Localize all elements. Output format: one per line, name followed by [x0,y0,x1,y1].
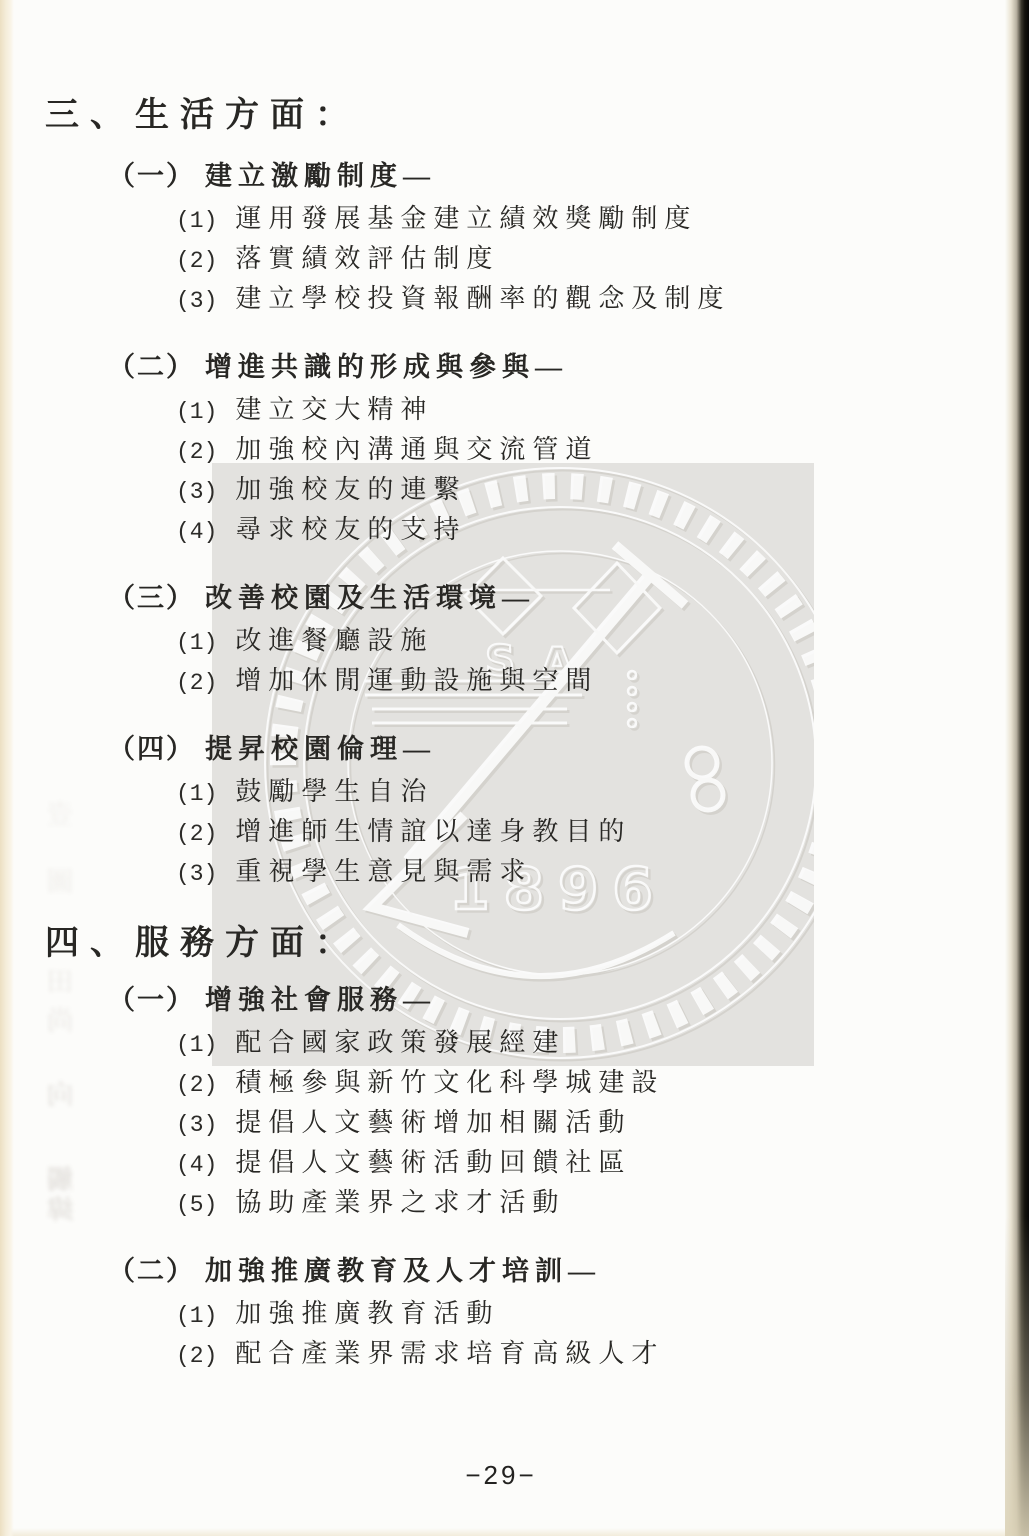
subsection-heading: （二）加強推廣教育及人才培訓— [108,1256,1002,1286]
list-item: (2)增加休閒運動設施與空間 [176,666,1002,698]
item-number: (2) [176,670,217,696]
item-number: (1) [176,208,217,234]
subsection-label: （二） [108,352,195,382]
item-text: 建立學校投資報酬率的觀念及制度 [235,284,730,313]
list-item: (3)重視學生意見與需求 [176,857,1002,889]
section-title-service: 四、服務方面： [45,925,1002,963]
subsection-heading: （三）改善校園及生活環境— [108,583,1002,613]
subsection-heading: （一）增強社會服務— [108,985,1002,1015]
item-text: 增加休閒運動設施與空間 [235,666,598,695]
item-text: 協助產業界之求才活動 [235,1188,565,1217]
item-text: 增進師生情誼以達身教目的 [235,817,631,846]
item-number: (2) [176,1343,217,1369]
list-item: (1)建立交大精神 [176,395,1002,427]
subsection-heading: （二）增進共識的形成與參與— [108,352,1002,382]
subsection-heading-text: 建立激勵制度— [205,161,436,191]
item-text: 加強校內溝通與交流管道 [235,435,598,464]
item-text: 提倡人文藝術增加相關活動 [235,1108,631,1137]
list-item: (2)落實績效評估制度 [176,244,1002,276]
item-text: 鼓勵學生自治 [235,777,433,806]
item-number: (1) [176,399,217,425]
item-number: (4) [176,1152,217,1178]
list-item: (2)配合產業界需求培育高級人才 [176,1339,1002,1371]
item-text: 加強推廣教育活動 [235,1299,499,1328]
item-number: (1) [176,781,217,807]
subsection-extension-education: （二）加強推廣教育及人才培訓— (1)加強推廣教育活動 (2)配合產業界需求培育… [108,1256,1002,1371]
subsection-heading: （一）建立激勵制度— [108,161,1002,191]
subsection-heading-text: 增強社會服務— [205,985,436,1015]
subsection-social-service: （一）增強社會服務— (1)配合國家政策發展經建 (2)積極參與新竹文化科學城建… [108,985,1002,1220]
item-number: (3) [176,1112,217,1138]
item-text: 配合產業界需求培育高級人才 [235,1339,664,1368]
item-text: 加強校友的連繫 [235,475,466,504]
page-bottom-edge [0,1528,1029,1536]
list-item: (3)加強校友的連繫 [176,475,1002,507]
item-number: (3) [176,288,217,314]
item-number: (4) [176,519,217,545]
subsection-label: （一） [108,985,195,1015]
list-item: (1)改進餐廳設施 [176,626,1002,658]
item-number: (1) [176,630,217,656]
subsection-consensus: （二）增進共識的形成與參與— (1)建立交大精神 (2)加強校內溝通與交流管道 … [108,352,1002,547]
item-number: (2) [176,248,217,274]
item-number: (5) [176,1192,217,1218]
subsection-heading-text: 改善校園及生活環境— [205,583,535,613]
item-text: 積極參與新竹文化科學城建設 [235,1068,664,1097]
subsection-label: （四） [108,734,195,764]
page-left-edge [0,0,14,1536]
subsection-campus-ethics: （四）提昇校園倫理— (1)鼓勵學生自治 (2)增進師生情誼以達身教目的 (3)… [108,734,1002,889]
item-number: (1) [176,1303,217,1329]
list-item: (1)配合國家政策發展經建 [176,1028,1002,1060]
list-item: (5)協助產業界之求才活動 [176,1188,1002,1220]
subsection-label: （三） [108,583,195,613]
list-item: (1)運用發展基金建立績效獎勵制度 [176,204,1002,236]
list-item: (1)鼓勵學生自治 [176,777,1002,809]
list-item: (3)建立學校投資報酬率的觀念及制度 [176,284,1002,316]
item-number: (2) [176,1072,217,1098]
subsection-heading-text: 加強推廣教育及人才培訓— [205,1256,601,1286]
list-item: (3)提倡人文藝術增加相關活動 [176,1108,1002,1140]
item-text: 重視學生意見與需求 [235,857,532,886]
item-text: 落實績效評估制度 [235,244,499,273]
document-page: 三、生活方面： （一）建立激勵制度— (1)運用發展基金建立績效獎勵制度 (2)… [0,0,1002,1407]
subsection-heading-text: 提昇校園倫理— [205,734,436,764]
page-number: −29− [0,1460,1002,1491]
item-text: 建立交大精神 [235,395,433,424]
item-number: (3) [176,861,217,887]
item-text: 尋求校友的支持 [235,515,466,544]
list-item: (4)提倡人文藝術活動回饋社區 [176,1148,1002,1180]
subsection-campus-environment: （三）改善校園及生活環境— (1)改進餐廳設施 (2)增加休閒運動設施與空間 [108,583,1002,698]
list-item: (2)積極參與新竹文化科學城建設 [176,1068,1002,1100]
subsection-incentive: （一）建立激勵制度— (1)運用發展基金建立績效獎勵制度 (2)落實績效評估制度… [108,161,1002,316]
list-item: (2)加強校內溝通與交流管道 [176,435,1002,467]
item-text: 運用發展基金建立績效獎勵制度 [235,204,697,233]
list-item: (1)加強推廣教育活動 [176,1299,1002,1331]
item-number: (2) [176,439,217,465]
section-title-life: 三、生活方面： [45,97,1002,135]
list-item: (4)尋求校友的支持 [176,515,1002,547]
subsection-heading: （四）提昇校園倫理— [108,734,1002,764]
subsection-heading-text: 增進共識的形成與參與— [205,352,568,382]
item-number: (2) [176,821,217,847]
page-binding-edge-fade [1005,1216,1029,1536]
list-item: (2)增進師生情誼以達身教目的 [176,817,1002,849]
item-text: 改進餐廳設施 [235,626,433,655]
item-text: 配合國家政策發展經建 [235,1028,565,1057]
subsection-label: （二） [108,1256,195,1286]
item-text: 提倡人文藝術活動回饋社區 [235,1148,631,1177]
subsection-label: （一） [108,161,195,191]
item-number: (3) [176,479,217,505]
item-number: (1) [176,1032,217,1058]
